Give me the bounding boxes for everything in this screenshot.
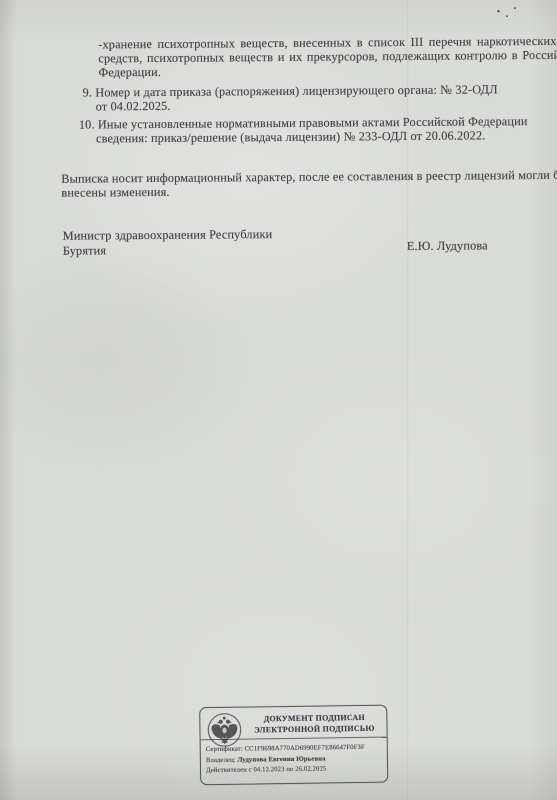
item-10-other-info: 10. Иные установленные нормативными прав… xyxy=(79,114,528,146)
dust-speck xyxy=(506,15,508,17)
signer-title-line: Министр здравоохранения Республики xyxy=(63,227,273,244)
certificate-label: Сертификат: xyxy=(206,746,243,754)
signer-name: Е.Ю. Лудупова xyxy=(407,238,488,253)
signer-title-line: Бурятия xyxy=(63,242,273,259)
stamp-title-line: ЭЛЕКТРОННОЙ ПОДПИСЬЮ xyxy=(246,723,382,735)
validity-line: Действителен с 04.12.2023 по 26.02.2025 xyxy=(206,764,383,777)
dust-speck xyxy=(514,7,516,9)
owner-label: Владелец: xyxy=(206,756,236,763)
item-line: сведения: приказ/решение (выдача лицензи… xyxy=(79,128,528,146)
scanned-document-page: -хранение психотропных веществ, внесенны… xyxy=(0,0,557,800)
certificate-value: CC1F9698A770AD6990EF7E86647F0F3F xyxy=(245,744,365,753)
stamp-title: ДОКУМЕНТ ПОДПИСАН ЭЛЕКТРОННОЙ ПОДПИСЬЮ xyxy=(246,713,382,736)
dust-speck xyxy=(497,10,500,13)
owner-value: Лудупова Евгения Юрьевна xyxy=(237,755,325,763)
license-work-item-paragraph: -хранение психотропных веществ, внесенны… xyxy=(98,34,557,80)
item-line: от 04.02.2025. xyxy=(83,96,498,113)
informational-note: Выписка носит информационный характер, п… xyxy=(61,168,557,200)
item-9-order-number: 9. Номер и дата приказа (распоряжения) л… xyxy=(83,82,498,113)
note-line: внесены изменения. xyxy=(61,182,557,200)
stamp-details: Сертификат: CC1F9698A770AD6990EF7E86647F… xyxy=(206,743,383,777)
electronic-signature-stamp: ДОКУМЕНТ ПОДПИСАН ЭЛЕКТРОННОЙ ПОДПИСЬЮ С… xyxy=(199,705,388,786)
signer-title: Министр здравоохранения Республики Бурят… xyxy=(63,227,273,259)
